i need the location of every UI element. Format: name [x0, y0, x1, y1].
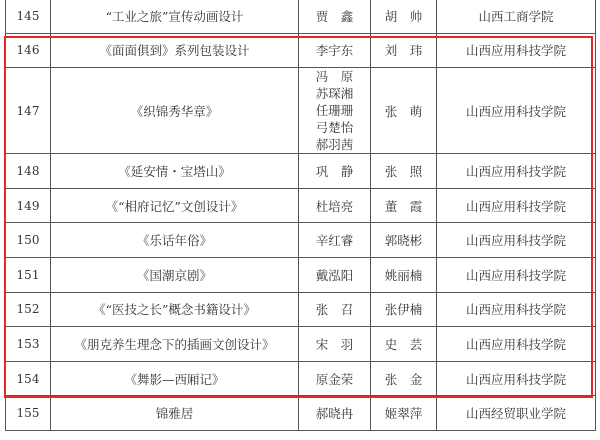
- work-title: 《“相府记忆”文创设计》: [51, 188, 299, 223]
- row-number: 149: [6, 188, 51, 223]
- advisor: 郭晓彬: [371, 223, 437, 258]
- advisor: 姚丽楠: [371, 257, 437, 292]
- awards-table: 145 “工业之旅”宣传动画设计 贾 鑫 胡 帅 山西工商学院 146 《面面俱…: [5, 0, 596, 431]
- author: 贾 鑫: [299, 0, 371, 33]
- table-row: 148 《延安情・宝塔山》 巩 静 张 照 山西应用科技学院: [6, 154, 596, 189]
- work-title: 《“医技之长”概念书籍设计》: [51, 292, 299, 327]
- work-title: 《织锦秀华章》: [51, 68, 299, 154]
- author: 冯 原: [299, 68, 370, 85]
- author: 宋 羽: [299, 327, 371, 362]
- advisor: 姬翠萍: [371, 396, 437, 431]
- work-title: 《朋克养生理念下的插画文创设计》: [51, 327, 299, 362]
- work-title: 锦雅居: [51, 396, 299, 431]
- table-row: 153 《朋克养生理念下的插画文创设计》 宋 羽 史 芸 山西应用科技学院: [6, 327, 596, 362]
- work-title: 《乐话年俗》: [51, 223, 299, 258]
- school: 山西应用科技学院: [437, 292, 596, 327]
- row-number: 148: [6, 154, 51, 189]
- school: 山西应用科技学院: [437, 223, 596, 258]
- school: 山西应用科技学院: [437, 361, 596, 396]
- row-number: 150: [6, 223, 51, 258]
- table-row: 155 锦雅居 郝晓冉 姬翠萍 山西经贸职业学院: [6, 396, 596, 431]
- advisor: 胡 帅: [371, 0, 437, 33]
- school: 山西应用科技学院: [437, 68, 596, 154]
- advisor: 张 金: [371, 361, 437, 396]
- row-number: 151: [6, 257, 51, 292]
- row-number: 153: [6, 327, 51, 362]
- advisor: 张 萌: [371, 68, 437, 154]
- school: 山西应用科技学院: [437, 257, 596, 292]
- table-row: 152 《“医技之长”概念书籍设计》 张 召 张伊楠 山西应用科技学院: [6, 292, 596, 327]
- author: 任珊珊: [299, 102, 370, 119]
- author: 杜培亮: [299, 188, 371, 223]
- school: 山西应用科技学院: [437, 327, 596, 362]
- author: 李宇东: [299, 33, 371, 68]
- author: 辛红睿: [299, 223, 371, 258]
- school: 山西经贸职业学院: [437, 396, 596, 431]
- author: 原金荣: [299, 361, 371, 396]
- author: 张 召: [299, 292, 371, 327]
- work-title: 《国潮京剧》: [51, 257, 299, 292]
- author: 郝晓冉: [299, 396, 371, 431]
- advisor: 董 霞: [371, 188, 437, 223]
- row-number: 147: [6, 68, 51, 154]
- table-row: 145 “工业之旅”宣传动画设计 贾 鑫 胡 帅 山西工商学院: [6, 0, 596, 33]
- row-number: 146: [6, 33, 51, 68]
- author: 戴泓阳: [299, 257, 371, 292]
- authors-list: 冯 原 苏琛湘 任珊珊 弓楚怡 郝羽茜: [299, 68, 371, 154]
- table-row: 149 《“相府记忆”文创设计》 杜培亮 董 霞 山西应用科技学院: [6, 188, 596, 223]
- work-title: “工业之旅”宣传动画设计: [51, 0, 299, 33]
- table-row: 150 《乐话年俗》 辛红睿 郭晓彬 山西应用科技学院: [6, 223, 596, 258]
- advisor: 张伊楠: [371, 292, 437, 327]
- advisor: 刘 玮: [371, 33, 437, 68]
- table-row: 151 《国潮京剧》 戴泓阳 姚丽楠 山西应用科技学院: [6, 257, 596, 292]
- row-number: 155: [6, 396, 51, 431]
- advisor: 张 照: [371, 154, 437, 189]
- row-number: 152: [6, 292, 51, 327]
- school: 山西应用科技学院: [437, 33, 596, 68]
- advisor: 史 芸: [371, 327, 437, 362]
- row-number: 145: [6, 0, 51, 33]
- author: 苏琛湘: [299, 85, 370, 102]
- author: 巩 静: [299, 154, 371, 189]
- author: 郝羽茜: [299, 136, 370, 153]
- work-title: 《面面俱到》系列包装设计: [51, 33, 299, 68]
- work-title: 《舞影—西厢记》: [51, 361, 299, 396]
- author: 弓楚怡: [299, 119, 370, 136]
- row-number: 154: [6, 361, 51, 396]
- work-title: 《延安情・宝塔山》: [51, 154, 299, 189]
- table-row: 154 《舞影—西厢记》 原金荣 张 金 山西应用科技学院: [6, 361, 596, 396]
- school: 山西工商学院: [437, 0, 596, 33]
- table-row: 147 《织锦秀华章》 冯 原 苏琛湘 任珊珊 弓楚怡 郝羽茜 张 萌 山西应用…: [6, 68, 596, 154]
- table-row: 146 《面面俱到》系列包装设计 李宇东 刘 玮 山西应用科技学院: [6, 33, 596, 68]
- school: 山西应用科技学院: [437, 154, 596, 189]
- school: 山西应用科技学院: [437, 188, 596, 223]
